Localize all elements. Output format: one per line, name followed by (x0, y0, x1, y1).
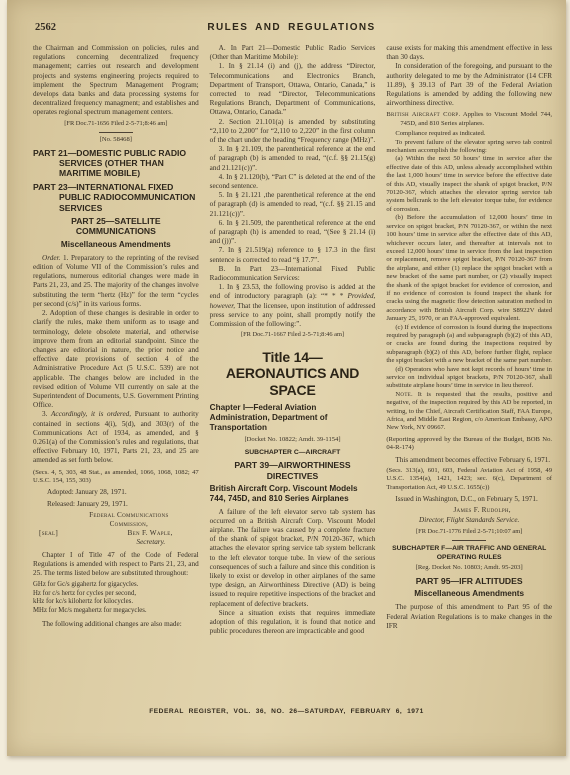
subchapter-c-heading: SUBCHAPTER C—AIRCRAFT (212, 449, 374, 458)
amendment-item-6: 6. In § 21.509, the parenthetical refere… (210, 219, 376, 247)
paragraph-spectrum-management: the Chairman and Commission on policies,… (33, 44, 199, 118)
paragraph-effective-date: This amendment becomes effective Februar… (386, 456, 552, 465)
paragraph-consideration: In consideration of the foregoing, and p… (386, 62, 552, 108)
fr-doc-line-1667: [FR Doc.71-1667 Filed 2-5-71;8:46 am] (210, 331, 376, 339)
ad-paragraph-a: (a) Within the next 50 hours’ time in se… (386, 155, 552, 214)
ad-paragraph-b: (b) Before the accumulation of 12,000 ho… (386, 214, 552, 323)
british-aircraft-article-title: British Aircraft Corp. Viscount Models 7… (210, 484, 376, 504)
order-lead: Order. (42, 254, 60, 262)
adopted-date-line: Adopted: January 28, 1971. (33, 488, 199, 497)
secretary-title: Secretary. (33, 538, 199, 547)
statutory-citation: (Secs. 4, 5, 303, 48 Stat., as amended, … (33, 469, 199, 486)
fr-doc-line-1776: [FR Doc.71-1776 Filed 2-5-71;10:07 am] (386, 528, 552, 536)
title-14-heading: Title 14—AERONAUTICS AND SPACE (214, 349, 372, 399)
substitution-line-hz: Hz for c/s hertz for cycles per second, (33, 590, 199, 599)
paragraph-3-ordered: 3. Accordingly, it is ordered, Pursuant … (33, 410, 199, 465)
note-label: Note. (395, 391, 413, 398)
federal-register-page: 2562 RULES AND REGULATIONS the Chairman … (7, 0, 566, 756)
docket-number-10822: [Docket No. 10822; Amdt. 39-1154] (210, 436, 376, 445)
part-21-heading: PART 21—DOMESTIC PUBLIC RADIO SERVICES (… (33, 148, 199, 179)
ad-applicability-line: British Aircraft Corp. Applies to Viscou… (386, 111, 552, 128)
faa-signature-block: James F. Rudolph, Director, Flight Stand… (386, 506, 552, 524)
secretary-name: Ben F. Waple, (128, 529, 173, 538)
paragraph-2-adoption: 2. Adoption of these changes is desirabl… (33, 309, 199, 410)
ad-paragraph-d: (d) Operators who have not kept records … (386, 366, 552, 391)
amendment-item-proviso: 1. In § 23.53, the following proviso is … (210, 283, 376, 329)
paragraph-purpose-part-95: The purpose of this amendment to Part 95… (386, 603, 552, 631)
amendment-item-7: 7. In § 21.519(a) reference to § 17.3 in… (210, 246, 376, 264)
part-23-heading: PART 23—INTERNATIONAL FIXED PUBLIC RADIO… (33, 182, 199, 213)
paragraph-failure-description: A failure of the left elevator servo tab… (210, 508, 376, 609)
ad-paragraph-c: (c) If evidence of corrosion is found du… (386, 324, 552, 366)
docket-number-58468: [No. 58468] (33, 136, 199, 145)
released-date-line: Released: January 29, 1971. (33, 500, 199, 509)
docket-number-10803: [Reg. Docket No. 10803; Amdt. 95-203] (386, 564, 552, 573)
proviso-text-b: That the licensee, upon institution of a… (210, 302, 376, 328)
part-25-heading: PART 25—SATELLITE COMMUNICATIONS (33, 216, 199, 237)
ad-note: Note. It is requested that the results, … (386, 391, 552, 433)
page-footer: FEDERAL REGISTER, VOL. 36, NO. 26—SATURD… (7, 708, 566, 715)
paragraph-chapter-amended: Chapter I of Title 47 of the Code of Fed… (33, 551, 199, 579)
signature-org-line-1: Federal Communications (33, 511, 199, 520)
running-head: RULES AND REGULATIONS (33, 22, 550, 33)
director-name: James F. Rudolph, (386, 506, 552, 515)
subchapter-f-heading: SUBCHAPTER F—AIR TRAFFIC AND GENERAL OPE… (388, 545, 550, 562)
paragraph-immediate-adoption: Since a situation exists that requires i… (210, 609, 376, 637)
paragraph-b-part-23: B. In Part 23—International Fixed Public… (210, 265, 376, 283)
fcc-signature-block: Federal Communications Commission, [seal… (33, 511, 199, 548)
paragraph-a-part-21: A. In Part 21—Domestic Public Radio Serv… (210, 44, 376, 62)
column-1: the Chairman and Commission on policies,… (33, 44, 199, 700)
part-95-heading: PART 95—IFR ALTITUDES (386, 576, 552, 586)
chapter-1-faa-heading: Chapter I—Federal Aviation Administratio… (210, 403, 376, 433)
paragraph-issued: Issued in Washington, D.C., on February … (386, 495, 552, 504)
paragraph-additional-changes: The following additional changes are als… (33, 620, 199, 629)
signature-org-line-2: Commission, (33, 520, 199, 529)
paragraph-cause-exists: cause exists for making this amendment e… (386, 44, 552, 62)
ad-compliance-line: Compliance required as indicated. (386, 130, 552, 138)
section-divider-2 (452, 540, 486, 541)
section-divider (99, 132, 133, 133)
director-title: Director, Flight Standards Service. (386, 516, 552, 525)
paragraph-3-number: 3. (42, 410, 51, 418)
substitution-line-khz: kHz for kc/s kilohertz for kilocycles. (33, 598, 199, 607)
paragraph-3-text: Pursuant to authority contained in secti… (33, 410, 199, 464)
amendment-item-1: 1. In § 21.14 (i) and (j), the address “… (210, 62, 376, 117)
amendment-item-4: 4. In § 21.120(b), “Part C” is deleted a… (210, 173, 376, 191)
seal-label: [seal] (39, 529, 58, 538)
substitution-line-mhz: MHz for Mc/s megahertz for megacycles. (33, 607, 199, 616)
miscellaneous-amendments-heading: Miscellaneous Amendments (33, 240, 199, 250)
ad-company-name: British Aircraft Corp. (386, 111, 460, 118)
amendment-item-2: 2. Section 21.101(a) is amended by subst… (210, 118, 376, 146)
column-2: A. In Part 21—Domestic Public Radio Serv… (210, 44, 376, 700)
ad-purpose-line: To prevent failure of the elevator sprin… (386, 139, 552, 156)
miscellaneous-amendments-heading-2: Miscellaneous Amendments (386, 589, 552, 599)
fr-doc-line-1656: [FR Doc.71-1656 Filed 2-5-71;8:46 am] (33, 120, 199, 128)
part-39-heading: PART 39—AIRWORTHINESS DIRECTIVES (210, 460, 376, 481)
page-header: 2562 RULES AND REGULATIONS (33, 22, 550, 37)
reporting-approval-line: (Reporting approved by the Bureau of the… (386, 436, 552, 453)
amendment-item-3: 3. In § 21.109, the parenthetical refere… (210, 145, 376, 173)
paragraph-order-1: Order. 1. Preparatory to the reprinting … (33, 254, 199, 309)
amendment-item-5: 5. In § 21.121 ,the parenthetical refere… (210, 191, 376, 219)
seal-and-name-row: [seal] Ben F. Waple, (33, 529, 199, 538)
text-columns: the Chairman and Commission on policies,… (33, 44, 552, 700)
column-3: cause exists for making this amendment e… (386, 44, 552, 700)
ordered-phrase: Accordingly, it is ordered, (51, 410, 131, 418)
statutory-citation-faa: (Secs. 313(a), 601, 603, Federal Aviatio… (386, 467, 552, 492)
substitution-line-ghz: GHz for Gc/s gigahertz for gigacycles. (33, 581, 199, 590)
